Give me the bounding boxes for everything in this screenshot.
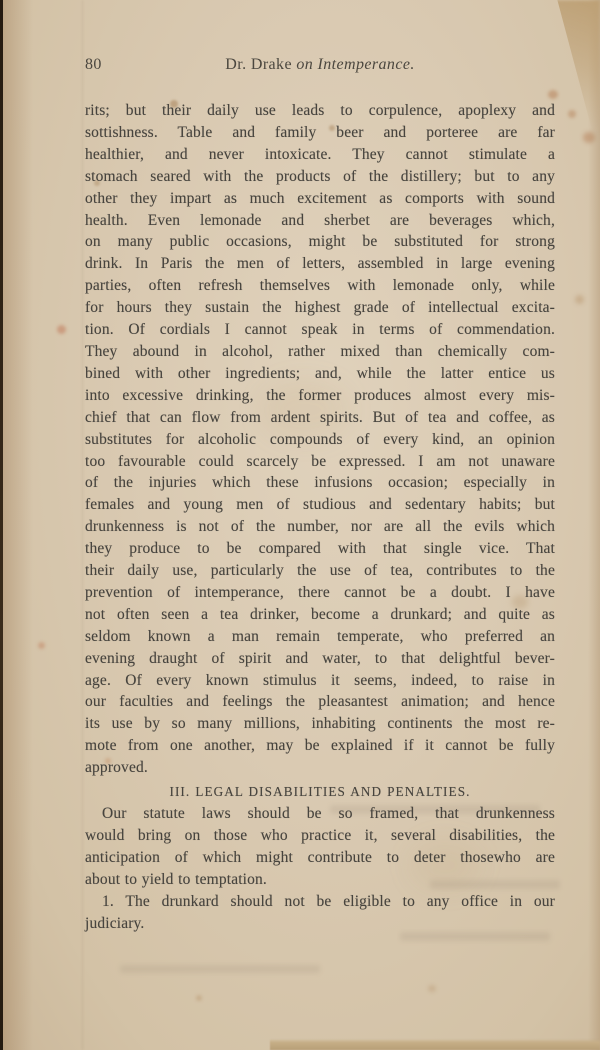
text-line: healthier, and never intoxicate. They ca…	[85, 144, 555, 166]
text-line: prevention of intemperance, there cannot…	[85, 582, 555, 604]
text-line: not often seen a tea drinker, become a d…	[85, 604, 555, 626]
paragraph: Our statute laws should be so framed, th…	[85, 803, 555, 891]
text-line: into excessive drinking, the former prod…	[85, 385, 555, 407]
text-column: 80 Dr. Drake on Intemperance. rits; but …	[85, 0, 555, 935]
text-line: health. Even lemonade and sherbet are be…	[85, 210, 555, 232]
text-line: sottishness. Table and family beer and p…	[85, 122, 555, 144]
text-line: stomach seared with the products of the …	[85, 166, 555, 188]
text-line: bined with other ingredients; and, while…	[85, 363, 555, 385]
text-line: seldom known a man remain temperate, who…	[85, 626, 555, 648]
text-line: age. Of every known stimulus it seems, i…	[85, 670, 555, 692]
text-line: Our statute laws should be so framed, th…	[85, 803, 555, 825]
text-line: rits; but their daily use leads to corpu…	[85, 100, 555, 122]
text-line: judiciary.	[85, 913, 555, 935]
paper-stain	[38, 642, 45, 649]
book-page: 80 Dr. Drake on Intemperance. rits; but …	[0, 0, 600, 1050]
page-number: 80	[85, 56, 102, 74]
page-showthrough	[120, 965, 320, 973]
text-line: mote from one another, may be explained …	[85, 735, 555, 757]
paragraph: rits; but their daily use leads to corpu…	[85, 100, 555, 779]
paragraph: 1. The drunkard should not be eligible t…	[85, 891, 555, 935]
text-line: drink. In Paris the men of letters, asse…	[85, 253, 555, 275]
text-line: other they impart as much excitement as …	[85, 188, 555, 210]
text-line: approved.	[85, 757, 555, 779]
text-line: their daily use, particularly the use of…	[85, 560, 555, 582]
page-left-shadow	[3, 0, 33, 1050]
text-line: females and young men of studious and se…	[85, 494, 555, 516]
text-line: too favourable could scarcely be express…	[85, 451, 555, 473]
page-bottom-edge	[270, 1039, 600, 1050]
text-line: of the injuries which these infusions oc…	[85, 472, 555, 494]
paper-stain	[575, 295, 584, 304]
text-line: would bring on those who practice it, se…	[85, 825, 555, 847]
paper-stain	[196, 995, 202, 1001]
text-line: drunkenness is not of the number, nor ar…	[85, 516, 555, 538]
text-line: they produce to be compared with that si…	[85, 538, 555, 560]
page-right-shadow	[588, 0, 600, 1050]
paper-stain	[568, 110, 576, 118]
text-line: on many public occasions, might be subst…	[85, 231, 555, 253]
text-line: parties, often refresh themselves with l…	[85, 275, 555, 297]
text-line: anticipation of which might contribute t…	[85, 847, 555, 869]
text-line: evening draught of spirit and water, to …	[85, 648, 555, 670]
text-line: substitutes for alcoholic compounds of e…	[85, 429, 555, 451]
body-text: rits; but their daily use leads to corpu…	[85, 100, 555, 935]
running-header: 80 Dr. Drake on Intemperance.	[85, 56, 555, 78]
running-title-italic: on Intemperance.	[296, 56, 414, 73]
text-line: chief that can flow from ardent spirits.…	[85, 407, 555, 429]
paper-crease	[82, 0, 83, 1050]
paper-stain	[428, 985, 436, 992]
paper-stain	[57, 325, 66, 334]
text-line: about to yield to temptation.	[85, 869, 555, 891]
text-line: for hours they sustain the highest grade…	[85, 297, 555, 319]
text-line: They abound in alcohol, rather mixed tha…	[85, 341, 555, 363]
section-heading: III. LEGAL DISABILITIES AND PENALTIES.	[85, 781, 555, 803]
running-title-roman: Dr. Drake	[225, 56, 296, 73]
text-line: our faculties and feelings the pleasante…	[85, 691, 555, 713]
text-line: its use by so many millions, inhabiting …	[85, 713, 555, 735]
running-title: Dr. Drake on Intemperance.	[85, 56, 555, 74]
text-line: 1. The drunkard should not be eligible t…	[85, 891, 555, 913]
text-line: tion. Of cordials I cannot speak in term…	[85, 319, 555, 341]
